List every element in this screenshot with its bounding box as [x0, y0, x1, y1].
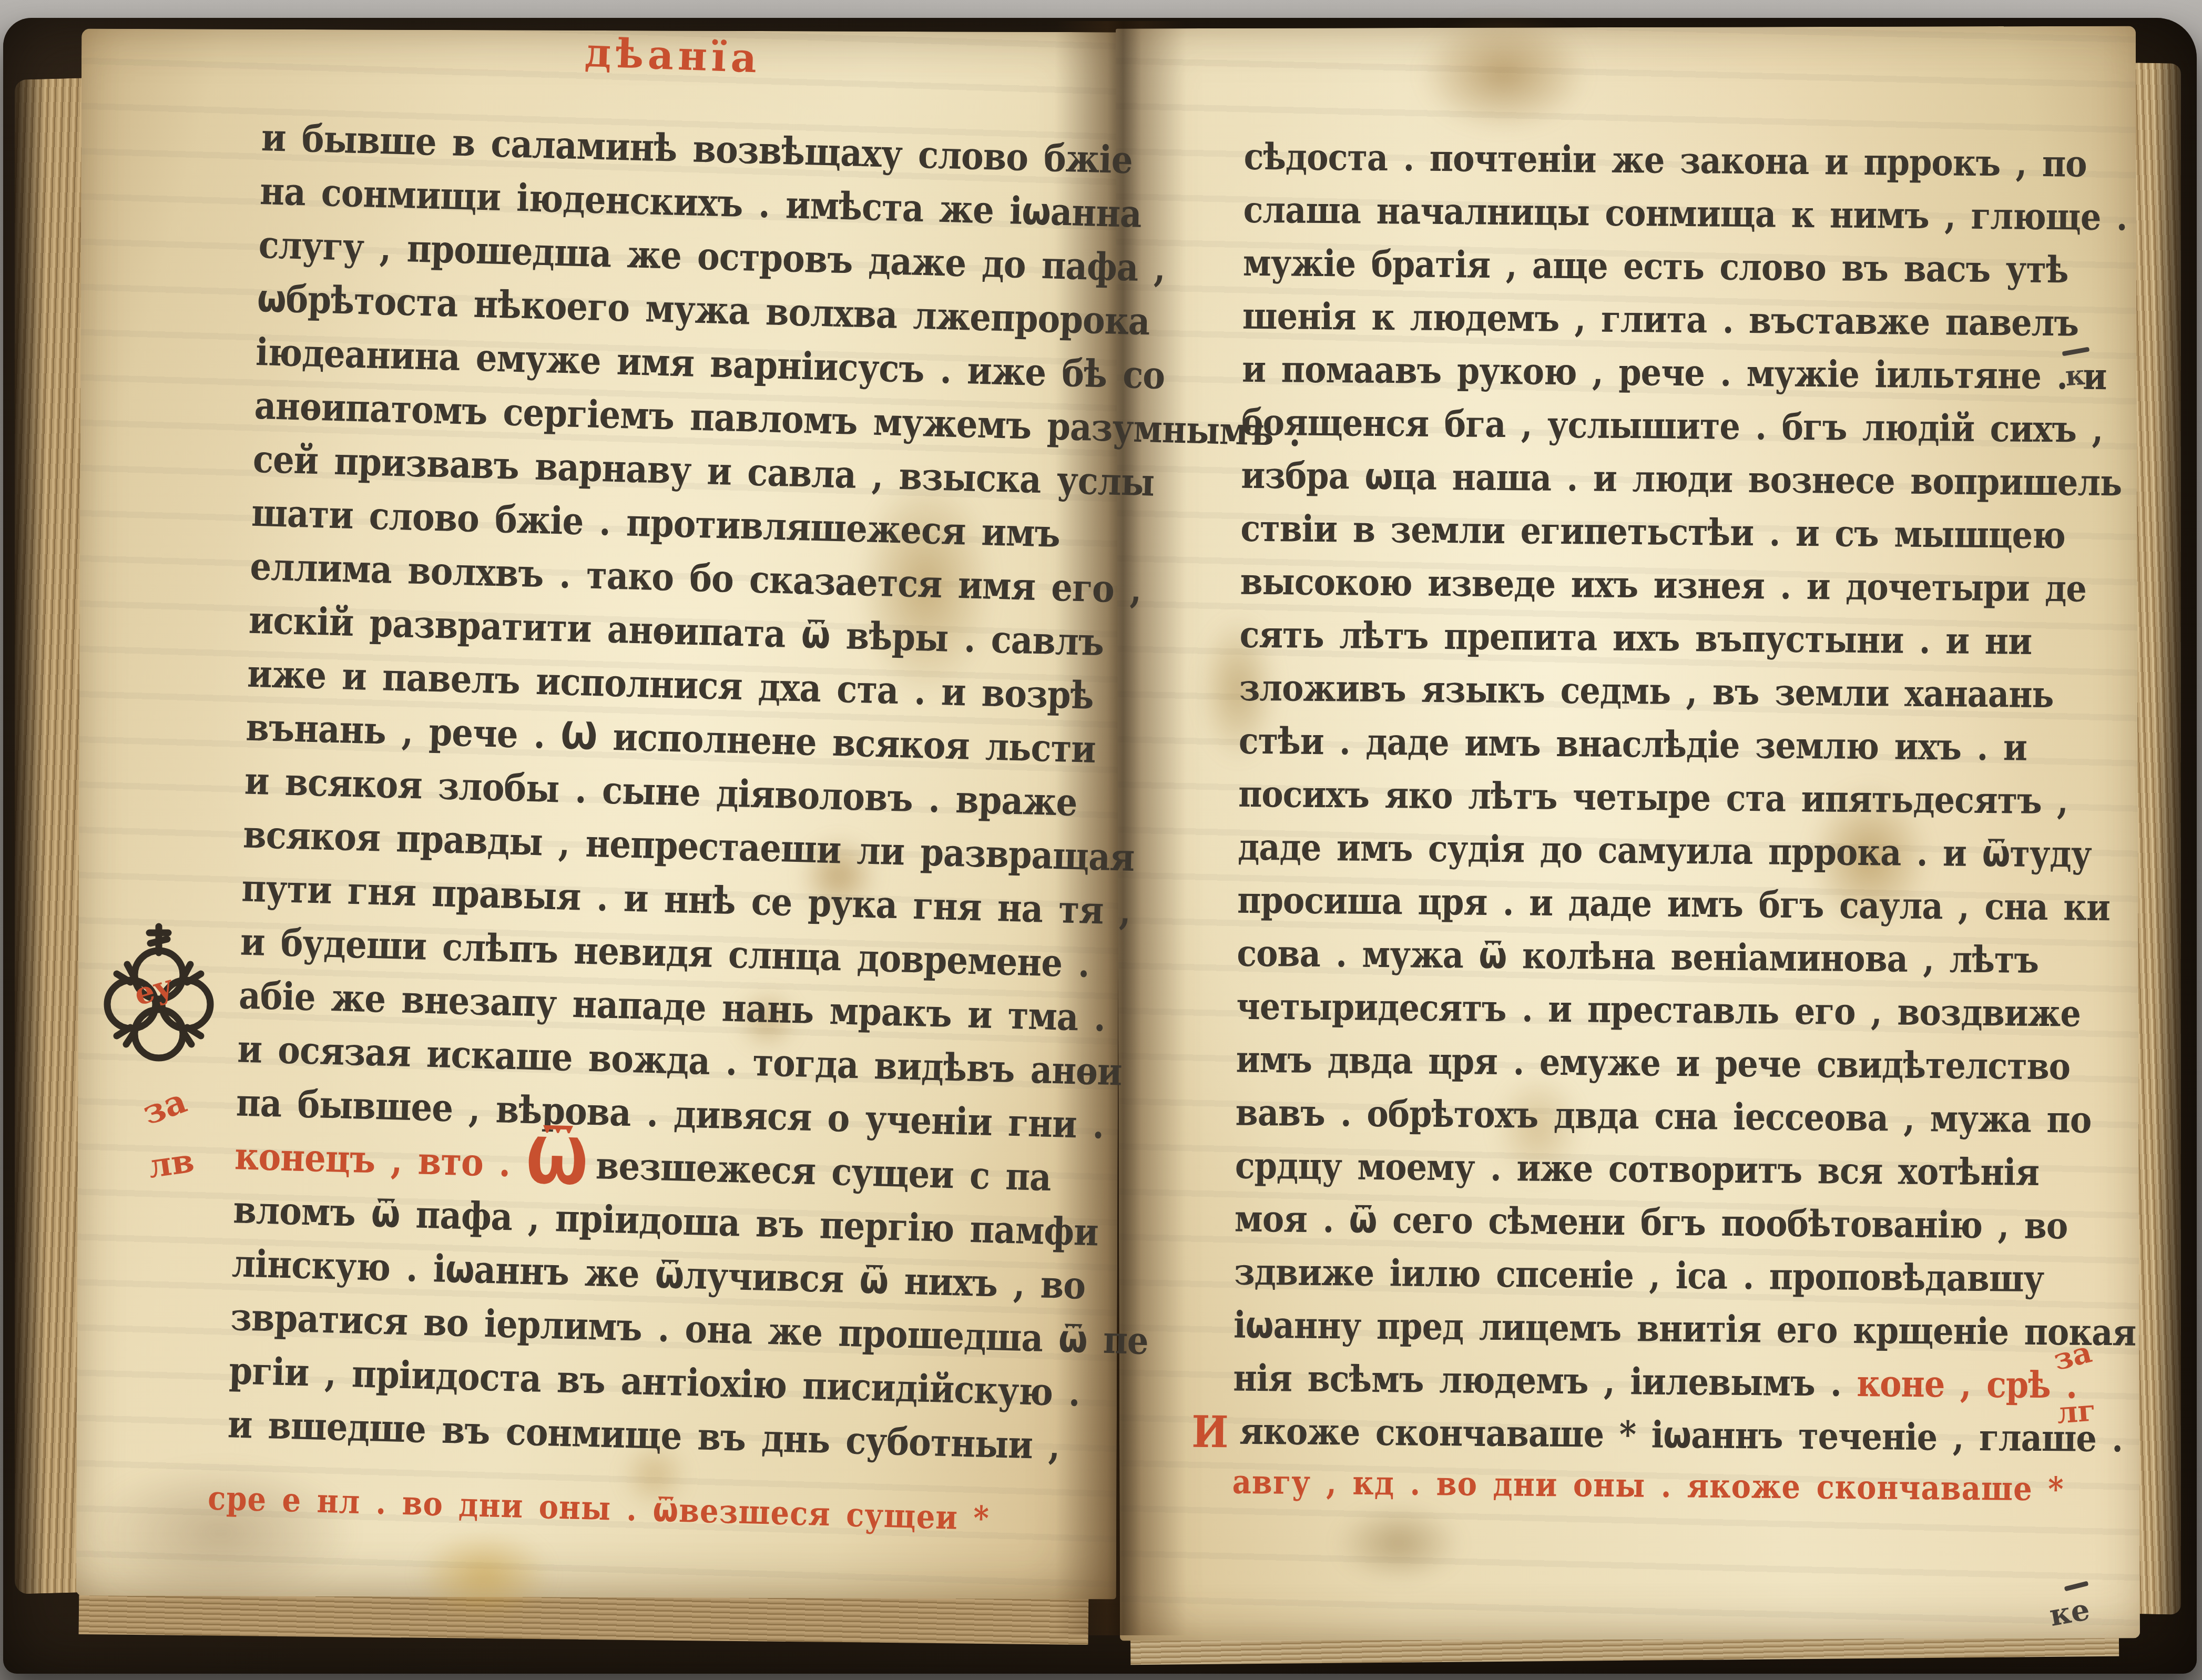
- body-text: моя . ѿ сего сѣмени бгъ пообѣтованію , в…: [1235, 1197, 2068, 1248]
- body-text: сѣдоста . почтеніи же закона и пррокъ , …: [1243, 135, 2087, 186]
- rubric-text: И: [1191, 1407, 1228, 1458]
- body-text: здвиже іилю спсеніе , іса . проповѣдавшу: [1234, 1250, 2044, 1300]
- page-stack-edge-left: [15, 78, 84, 1594]
- body-text: мужіе братія , аще есть слово въ васъ ут…: [1243, 241, 2068, 291]
- body-text: іѡанну пред лицемъ внитія его крщеніе по…: [1233, 1304, 2136, 1355]
- body-text: сова . мужа ѿ колѣна веніаминова , лѣтъ: [1237, 932, 2038, 982]
- rubric-text: авгу , кд . во дни оны . якоже скончаваш…: [1232, 1463, 2064, 1509]
- rubric-text: Ѿ: [525, 1124, 589, 1199]
- body-text: стѣи . даде имъ внаслѣдіе землю ихъ . и: [1239, 719, 2027, 769]
- rubric-text: коне , срѣ .: [1857, 1362, 2077, 1407]
- body-text: и помаавъ рукою , рече . мужіе іильтяне …: [1242, 348, 2107, 398]
- body-text: избра ѡца наша . и люди вознесе вопришел…: [1241, 454, 2122, 504]
- body-text: зложивъ языкъ седмь , въ земли ханаань: [1239, 666, 2053, 716]
- body-text: срдцу моему . иже сотворитъ вся хотѣнія: [1235, 1144, 2040, 1194]
- body-text: высокою изведе ихъ изнея . и дочетыри де: [1240, 560, 2086, 610]
- body-text: вавъ . обрѣтохъ двда сна іессеова , мужа…: [1235, 1091, 2091, 1142]
- rubric-text: сре е нл . во дни оны . ѿвезшеся сущеи *: [207, 1479, 990, 1538]
- body-text: якоже скончаваше * іѡаннъ теченіе , глаш…: [1239, 1410, 2123, 1460]
- body-text: четыридесятъ . и преставль его , воздвиж…: [1236, 985, 2081, 1035]
- zachalo-number-right: лг: [2056, 1393, 2097, 1431]
- body-text: посихъ яко лѣтъ четыре ста ипятьдесятъ ,: [1238, 772, 2068, 823]
- body-text: слаша началницы сонмища к нимъ , глюще .: [1243, 188, 2127, 239]
- quire-mark-top: к: [2064, 359, 2086, 392]
- text-line: авгу , кд . во дни оны . якоже скончаваш…: [1232, 1463, 2026, 1529]
- body-text: имъ двда цря . емуже и рече свидѣтелство: [1236, 1038, 2070, 1088]
- right-page-text: сѣдоста . почтеніи же закона и пррокъ , …: [1232, 135, 2038, 1523]
- quire-mark-bottom: ке: [2047, 1592, 2092, 1633]
- body-text: ствіи в земли египетьстѣи . и съ мышцею: [1240, 507, 2065, 557]
- body-text: нія всѣмъ людемъ , іилевымъ .: [1233, 1357, 1857, 1405]
- body-text: боященся бга , услышите . бгъ людій сихъ…: [1241, 401, 2103, 451]
- photo-of-old-book: { "colors": { "ink": "#3d372e", "rubric"…: [0, 0, 2202, 1680]
- left-page-text: и бывше в саламинѣ возвѣщаху слово бжіен…: [225, 116, 1066, 1554]
- body-text: сять лѣтъ препита ихъ въпустыни . и ни: [1239, 613, 2032, 663]
- rubric-text: конецъ , вто .: [234, 1134, 511, 1186]
- zachalo-number-left: лв: [146, 1141, 196, 1185]
- body-text: просиша цря . и даде имъ бгъ саула , сна…: [1237, 879, 2110, 929]
- body-text: шенія к людемъ , глита . въставже павелъ: [1242, 294, 2079, 345]
- body-text: даде имъ судія до самуила пррока . и ѿту…: [1238, 826, 2092, 876]
- quatrefoil-ornament: еу: [98, 921, 220, 1067]
